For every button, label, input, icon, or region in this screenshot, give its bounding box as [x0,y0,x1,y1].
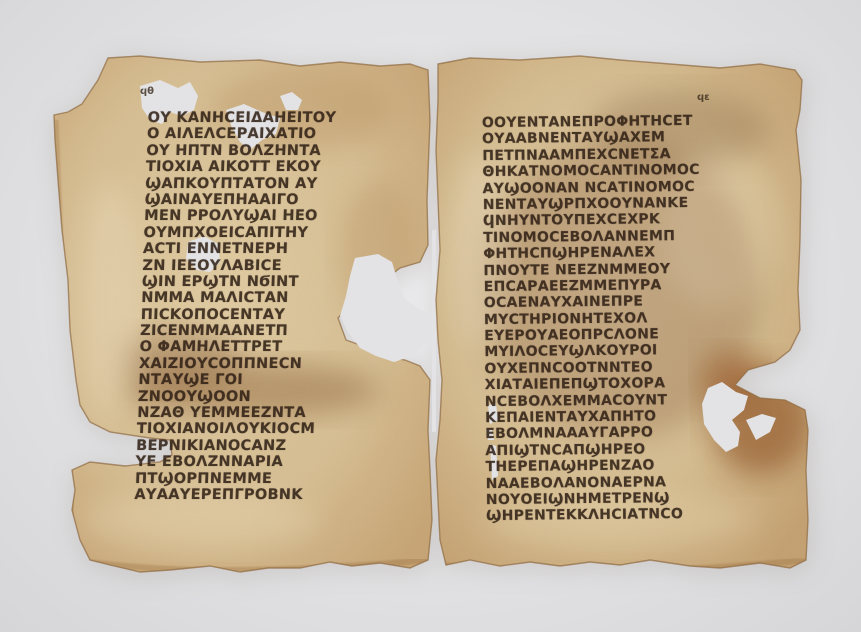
right-text-column: ΟΟΥΕΝΤΑΝΕΠΡΟΦΗΤΗCΕΤ ΟΥΑΑΒΝΕΝΤΑΥϢΑΧΕΜ ΠΕΤ… [482,113,704,525]
text-line: ΖΝΟΟΥϢΟΟΝ [138,389,327,405]
text-line: ΝΜΜΑ ΜΑΛΙCΤΑΝ [141,290,330,306]
text-line: ΠΤϢΟΡΠΝΕΜΜΕ [135,471,324,487]
text-line: ΠΙCΚΟΠΟCΕΝΤΑΥ [140,307,329,323]
text-line: ΟΥ ΗΠΤΝ ΒΟΛΖΗΝΤΑ [146,143,335,159]
text-line: ΖΙCΕΝΜΜΑΑΝΕΤΠ [140,323,329,339]
text-line: ϢΑΙΝΑΥΕΠΗΑΑΙΓΟ [144,192,333,208]
text-line: ϢΑΠΚΟΥΠΤΑΤΟΝ ΑΥ [145,176,334,192]
text-line: ϢΗΡΕΝΤΕΚΚΛΗCΙΑΤΝCΟ [486,506,703,525]
text-line: ΝΖΑΘ ΥΕΜΜΕΕΖΝΤΑ [137,405,326,421]
left-text-column: ΟΥ ΚΑΝΗCΕΙΔΑΗΕΙΤΟΥ Ο ΑΙΛΕΛCΕΡΑΙΧΑΤΙΟ ΟΥ … [134,110,336,503]
text-line: ΖΝ ΙΕΕΟΥΛΑΒΙCΕ [142,258,331,274]
text-line: ΧΑΙΖΙΟΥCΟΠΠΝΕCΝ [139,356,328,372]
text-line: ΒΕΡΝΙΚΙΑΝΟCΑΝΖ [136,438,325,454]
text-line: ϢΙΝ ΕΡϢΤΝ ΝϬΙΝΤ [142,274,331,290]
right-folio-number: ϥε [697,92,710,103]
text-line: Ο ΦΑΜΗΛΕΤΤΡΕΤ [139,339,328,355]
text-line: ΤΙΟΧΙΑ ΑΙΚΟΤΤ ΕΚΟΥ [146,159,335,175]
text-line: ΥΕ ΕΒΟΛΖΝΝΑΡΙΑ [135,454,324,470]
text-line: ΟΥΜΠΧΟΕΙCΑΠΙΤΗΥ [143,225,332,241]
manuscript-leaves [0,0,861,632]
text-line: ΟΥ ΚΑΝΗCΕΙΔΑΗΕΙΤΟΥ [147,110,336,126]
text-line: ΑCΤΙ ΕΝΝΕΤΝΕΡΗ [143,241,332,257]
text-line: ΤΙΟΧΙΑΝΟΙΛΟΥΚΙΟCΜ [136,421,325,437]
photograph-scene: ϥθ ϥε ΟΥ ΚΑΝΗCΕΙΔΑΗΕΙΤΟΥ Ο ΑΙΛΕΛCΕΡΑΙΧΑΤ… [0,0,861,632]
text-line: ΝΤΑΥϢΕ ΓΟΙ [138,372,327,388]
text-line: Ο ΑΙΛΕΛCΕΡΑΙΧΑΤΙΟ [147,126,336,142]
text-line: ΑΥΑΑΥΕΡΕΠΓΡΟΒΝΚ [134,487,323,503]
left-folio-number: ϥθ [140,86,154,97]
text-line: ΜΕΝ ΡΡΟΛΥϢΑΙ ΗΕΟ [144,208,333,224]
